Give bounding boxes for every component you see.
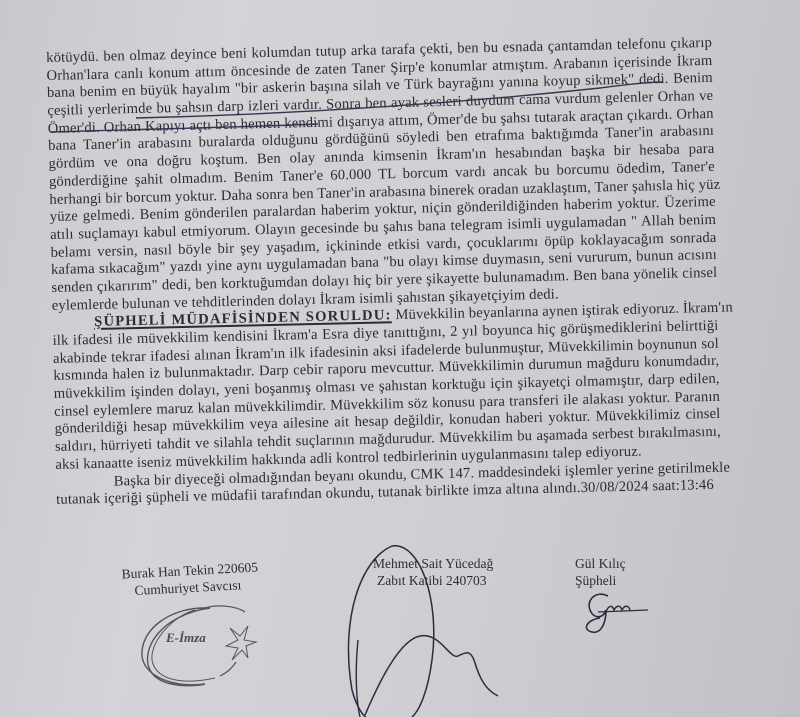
suspect-signature-block: Gül Kılıç Şüpheli (575, 555, 626, 589)
clerk-title: Zabıt Katibi 240703 (373, 572, 493, 589)
statement-body: kötüydü. ben olmaz deyince beni kolumdan… (46, 35, 722, 510)
document-sheet: kötüydü. ben olmaz deyince beni kolumdan… (0, 0, 800, 717)
prosecutor-signature-block: Burak Han Tekin 220605 Cumhuriyet Savcıs… (121, 558, 259, 599)
document-photo: kötüydü. ben olmaz deyince beni kolumdan… (0, 0, 800, 717)
clerk-name: Mehmet Sait Yücedağ (373, 555, 493, 572)
suspect-title: Şüpheli (575, 572, 626, 589)
clerk-signature-block: Mehmet Sait Yücedağ Zabıt Katibi 240703 (373, 555, 493, 589)
stamp-label: E-İmza (166, 630, 206, 646)
suspect-name: Gül Kılıç (575, 555, 626, 572)
